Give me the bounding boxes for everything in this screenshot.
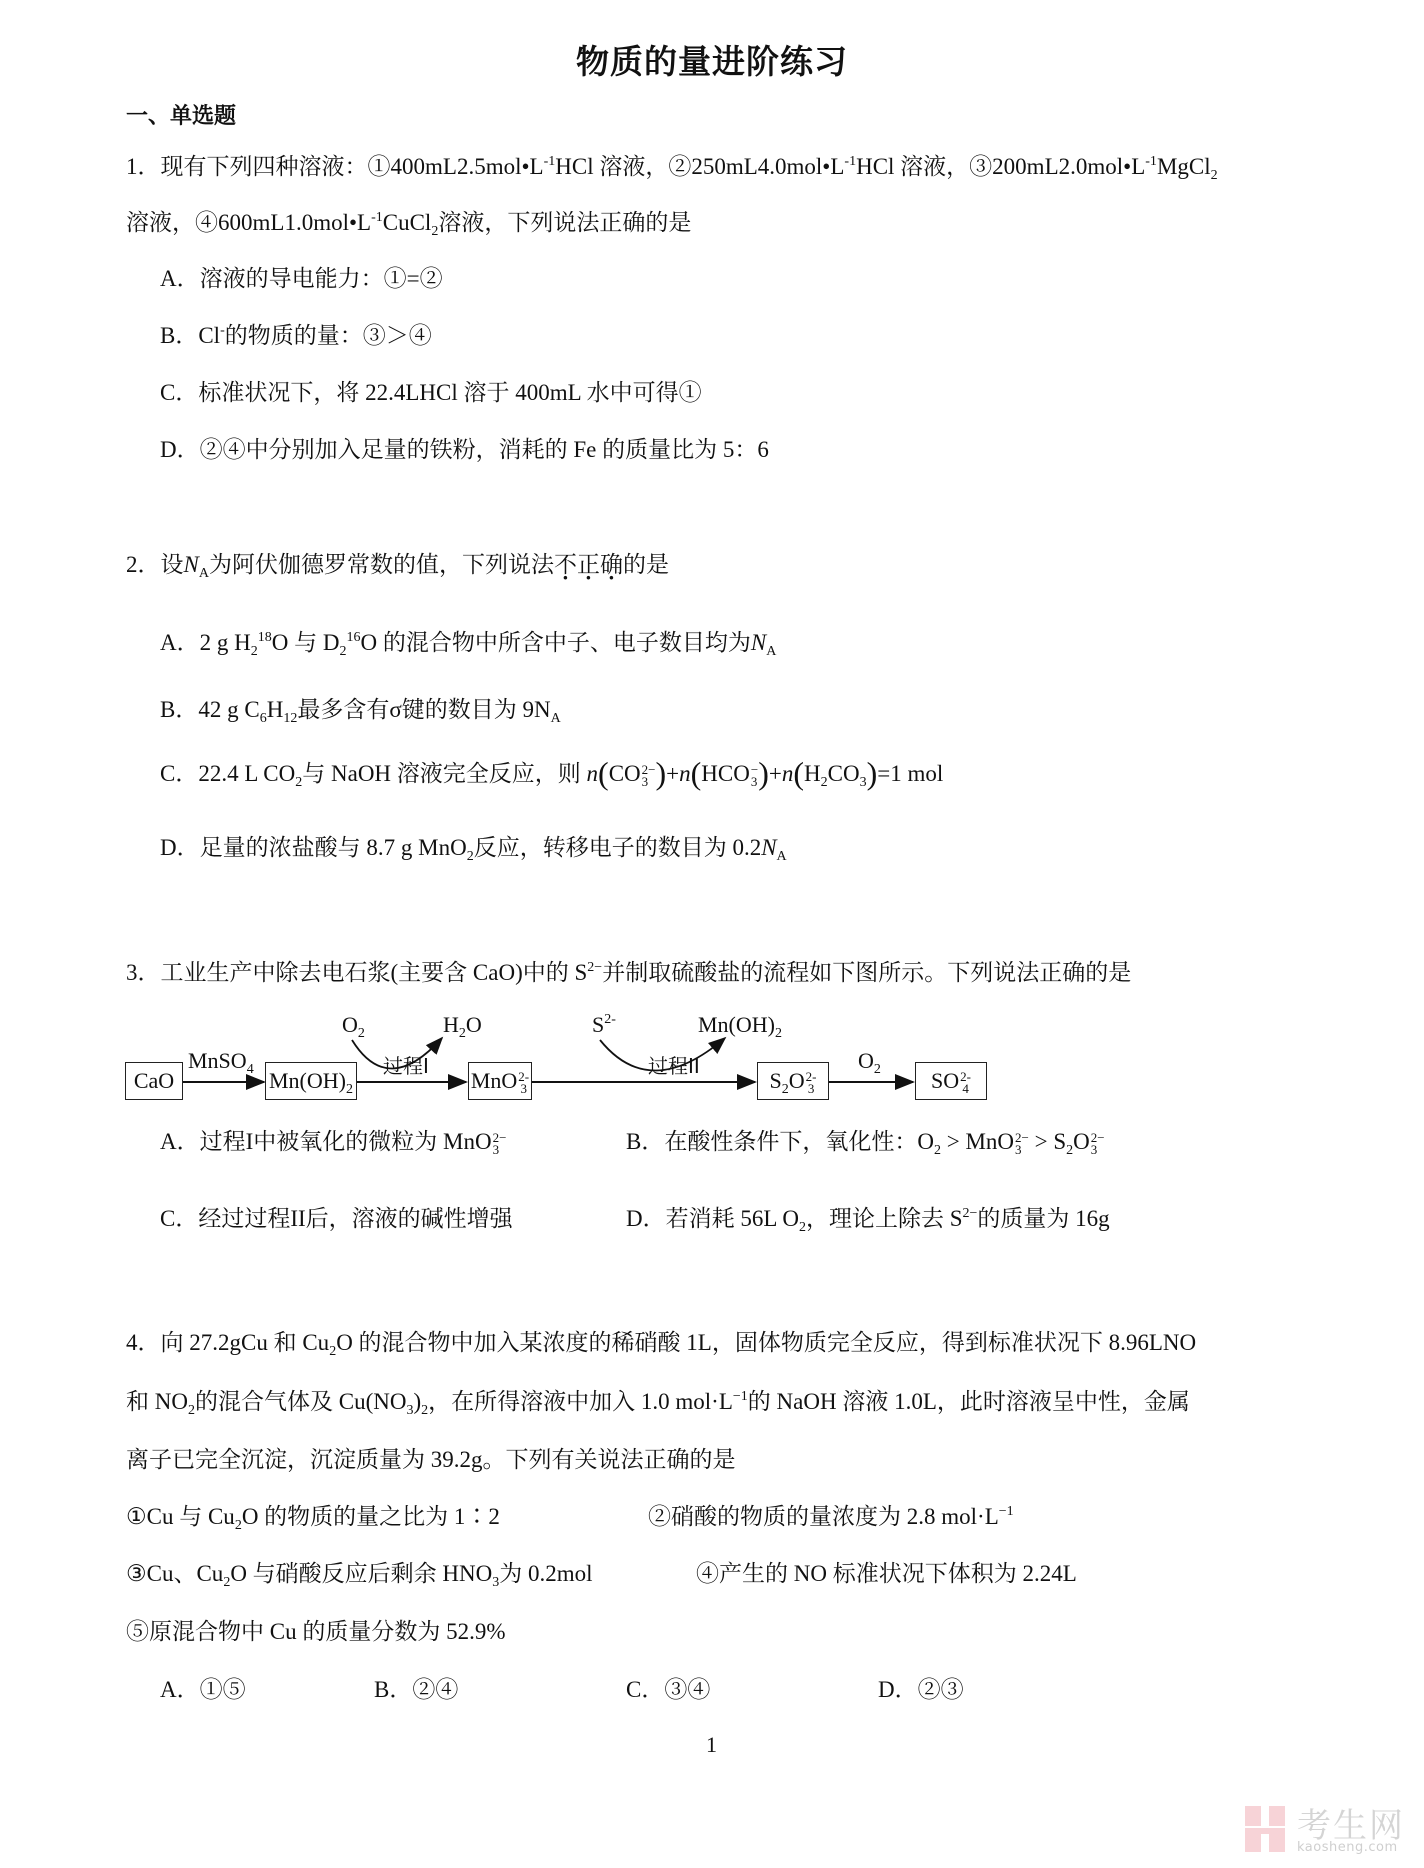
text: ，理论上除去 S [806, 1206, 963, 1231]
q3-option-d[interactable]: D．若消耗 56L O2，理论上除去 S2−的质量为 16g [626, 1204, 1110, 1234]
option-label: D． [160, 437, 200, 462]
sup: 2− [962, 1206, 977, 1221]
process-flow-diagram: CaO Mn(OH)2 MnO2-3 S2O2-3 SO2-4 MnSO4 O2… [120, 1010, 1020, 1110]
text: ，在所得溶液中加入 1.0 mol·L [428, 1389, 733, 1414]
text: O 的混合物中加入某浓度的稀硝酸 1L，固体物质完全反应，得到标准状况下 8.9… [336, 1330, 1196, 1355]
sub: 3 [493, 1144, 507, 1156]
text: 最多含有σ键的数目为 9N [297, 697, 550, 722]
option-label: D． [626, 1206, 666, 1231]
option-label: D． [160, 835, 200, 860]
text: 与 NaOH 溶液完全反应，则 [302, 761, 581, 786]
text: MnO [471, 1068, 517, 1093]
option-text: ②③ [918, 1677, 964, 1702]
question-number: 3． [126, 960, 161, 985]
sup: −1 [733, 1389, 748, 1404]
paren: ) [867, 755, 878, 791]
option-label: C． [160, 1206, 198, 1231]
sub: 2 [874, 1062, 881, 1077]
n-symbol: n [679, 761, 691, 786]
question-1-stem-line2: 溶液，④600mL1.0mol•L-1CuCl2溶液，下列说法正确的是 [126, 208, 691, 238]
text: > [941, 1129, 965, 1154]
option-text: Cl [198, 323, 220, 348]
page-title: 物质的量进阶练习 [0, 36, 1424, 83]
question-number: 4． [126, 1330, 161, 1355]
ion-scripts: 2−3 [642, 764, 656, 788]
text: 足量的浓盐酸与 8.7 g MnO [200, 835, 467, 860]
paren: ( [691, 755, 702, 791]
text: HCl 溶液，③200mL2.0mol•L [856, 154, 1145, 179]
text: ②硝酸的物质的量浓度为 2.8 mol·L [648, 1504, 999, 1529]
text: 现有下列四种溶液：①400mL2.5mol•L [161, 154, 544, 179]
text: H [804, 761, 821, 786]
box-cao: CaO [125, 1062, 183, 1100]
text: 并制取硫酸盐的流程如下图所示。下列说法正确的是 [602, 960, 1131, 985]
sup: 18 [258, 630, 272, 645]
q3-option-b[interactable]: B．在酸性条件下，氧化性：O2 > MnO2−3 > S2O2−3 [626, 1127, 1105, 1157]
text: O [789, 1068, 805, 1093]
sub: 2 [467, 849, 474, 864]
question-number: 1． [126, 154, 161, 179]
text: O [466, 1012, 482, 1037]
text: O 的混合物中所含中子、电子数目均为 [360, 630, 750, 655]
box-mnoh2: Mn(OH)2 [265, 1062, 357, 1100]
text: > [1029, 1129, 1053, 1154]
sub: 3 [806, 1083, 817, 1095]
ion-scripts: 2-3 [806, 1071, 817, 1095]
q4-option-b[interactable]: B．②④ [374, 1675, 458, 1705]
sup: -1 [844, 154, 856, 169]
ion-scripts: 2−3 [493, 1132, 507, 1156]
text: O 与 D [272, 630, 340, 655]
sup: -1 [1145, 154, 1157, 169]
option-text: 溶液的导电能力：①=② [200, 266, 443, 291]
option-text: ③④ [664, 1677, 710, 1702]
q1-option-d[interactable]: D．②④中分别加入足量的铁粉，消耗的 Fe 的质量比为 5：6 [160, 435, 769, 465]
label-o2-in: O2 [342, 1012, 365, 1038]
text: O 与硝酸反应后剩余 HNO [230, 1561, 492, 1586]
label-mnoh2-out: Mn(OH)2 [698, 1012, 782, 1038]
paren: ( [793, 755, 804, 791]
na-symbol: N [751, 630, 766, 655]
text: Mn(OH) [269, 1068, 346, 1093]
q4-option-d[interactable]: D．②③ [878, 1675, 964, 1705]
text: H [443, 1012, 459, 1037]
option-label: C． [626, 1677, 664, 1702]
text: H [267, 697, 284, 722]
text: O [1073, 1129, 1090, 1154]
option-label: B． [626, 1129, 664, 1154]
option-label: B． [160, 323, 198, 348]
sub: 12 [283, 711, 297, 726]
text: 在酸性条件下，氧化性： [664, 1129, 917, 1154]
sub: A [199, 566, 209, 581]
label-process-2: 过程II [648, 1050, 700, 1079]
text: 溶液，④600mL1.0mol•L [126, 210, 371, 235]
watermark-url: kaosheng.com [1297, 1840, 1398, 1855]
sup: −1 [999, 1504, 1014, 1519]
q2-option-c[interactable]: C．22.4 L CO2与 NaOH 溶液完全反应，则 n(CO2−3)+n(H… [160, 758, 943, 789]
text: + [769, 761, 782, 786]
text: 的 NaOH 溶液 1.0L，此时溶液呈中性，金属 [748, 1389, 1190, 1414]
text: 和 NO [126, 1389, 188, 1414]
q4-option-c[interactable]: C．③④ [626, 1675, 710, 1705]
q4-statement-3: ③Cu、Cu2O 与硝酸反应后剩余 HNO3为 0.2mol [126, 1559, 593, 1589]
sub: 2 [188, 1403, 195, 1418]
sub: 2 [235, 1518, 242, 1533]
label-h2o-out: H2O [443, 1012, 482, 1038]
sup: -1 [371, 210, 383, 225]
box-mno3: MnO2-3 [468, 1062, 532, 1100]
ion-scripts: 2-3 [518, 1071, 529, 1095]
sub: 3 [642, 776, 656, 788]
sup: 16 [346, 630, 360, 645]
text: MnSO [188, 1048, 247, 1073]
sub: 4 [247, 1062, 254, 1077]
q4-statement-5: ⑤原混合物中 Cu 的质量分数为 52.9% [126, 1617, 506, 1647]
sub: 6 [260, 711, 267, 726]
option-text: ②④ [412, 1677, 458, 1702]
q4-option-a[interactable]: A．①⑤ [160, 1675, 246, 1705]
na-symbol: N [184, 552, 199, 577]
q4-statement-4: ④产生的 NO 标准状况下体积为 2.24L [696, 1559, 1077, 1589]
text: 的是 [623, 552, 669, 577]
sub: 2 [775, 1026, 782, 1041]
sup: 2- [604, 1012, 616, 1027]
sub: 3 [860, 775, 867, 790]
text: O 的物质的量之比为 1∶2 [242, 1504, 500, 1529]
text: MnO [965, 1129, 1014, 1154]
page-number: 1 [706, 1730, 717, 1760]
box-s2o3: S2O2-3 [757, 1062, 829, 1100]
option-label: A． [160, 630, 200, 655]
option-label: B． [374, 1677, 412, 1702]
sub: 2 [358, 1026, 365, 1041]
option-text: ①⑤ [200, 1677, 246, 1702]
na-symbol: N [761, 835, 776, 860]
text: 经过过程II后，溶液的碱性增强 [198, 1206, 512, 1231]
sub: A [766, 644, 776, 659]
text: 溶液，下列说法正确的是 [438, 210, 691, 235]
n-symbol: n [782, 761, 794, 786]
question-1-stem: 1．现有下列四种溶液：①400mL2.5mol•L-1HCl 溶液，②250mL… [126, 152, 1218, 182]
question-3-stem: 3．工业生产中除去电石浆(主要含 CaO)中的 S2−并制取硫酸盐的流程如下图所… [126, 958, 1131, 988]
watermark: 考生网 kaosheng.com [1245, 1800, 1415, 1860]
q1-option-c[interactable]: C．标准状况下，将 22.4LHCl 溶于 400mL 水中可得① [160, 378, 702, 408]
text: SO [931, 1068, 959, 1093]
emphasis-char: 正 [577, 552, 600, 577]
ion-scripts: 2−3 [1015, 1132, 1029, 1156]
text: 向 27.2gCu 和 Cu [161, 1330, 330, 1355]
paren: ) [758, 755, 769, 791]
kaosheng-logo-icon [1245, 1806, 1287, 1852]
text: MgCl [1157, 154, 1211, 179]
question-4-stem-line3: 离子已完全沉淀，沉淀质量为 39.2g。下列有关说法正确的是 [126, 1445, 736, 1475]
text: 2 g H [200, 630, 251, 655]
text: 的混合气体及 Cu(NO [195, 1389, 406, 1414]
box-so4: SO2-4 [915, 1062, 987, 1100]
paren: ) [656, 755, 667, 791]
text: 过程I中被氧化的微粒为 MnO [200, 1129, 492, 1154]
text: CO [609, 761, 641, 786]
text: =1 mol [877, 761, 943, 786]
option-text: 标准状况下，将 22.4LHCl 溶于 400mL 水中可得① [198, 380, 701, 405]
sub: 3 [1091, 1144, 1105, 1156]
sub: 2 [1211, 168, 1218, 183]
emphasis-char: 确 [600, 552, 623, 577]
text: O [858, 1048, 874, 1073]
flow-arrows [120, 1010, 1020, 1110]
sub: 2 [799, 1220, 806, 1235]
label-s2-in: S2- [592, 1012, 616, 1038]
option-label: C． [160, 380, 198, 405]
option-label: D． [878, 1677, 918, 1702]
emphasis-char: 不 [554, 552, 577, 577]
option-label: A． [160, 1677, 200, 1702]
text: CaO [134, 1068, 174, 1093]
sub: 4 [960, 1083, 971, 1095]
q3-option-c[interactable]: C．经过过程II后，溶液的碱性增强 [160, 1204, 513, 1234]
sup: -1 [544, 154, 556, 169]
option-label: B． [160, 697, 198, 722]
text: ③Cu、Cu [126, 1561, 223, 1586]
text: O [917, 1129, 934, 1154]
sub: 2 [459, 1026, 466, 1041]
label-process-1: 过程I [383, 1050, 429, 1079]
text: 为阿伏伽德罗常数的值，下列说法 [209, 552, 554, 577]
text: 的质量为 16g [977, 1206, 1109, 1231]
q4-statement-1: ①Cu 与 Cu2O 的物质的量之比为 1∶2 [126, 1502, 500, 1532]
text: O [342, 1012, 358, 1037]
sub: 2 [934, 1143, 941, 1158]
text: + [666, 761, 679, 786]
ion-scripts: 2-4 [960, 1071, 971, 1095]
sub: 2 [782, 1082, 789, 1097]
sub: 2 [346, 1082, 353, 1097]
sub: A [777, 849, 787, 864]
question-2-stem: 2．设NA为阿伏伽德罗常数的值，下列说法不正确的是 [126, 550, 669, 580]
option-label: A． [160, 1129, 200, 1154]
text: 反应，转移电子的数目为 0.2 [474, 835, 762, 860]
sup: 2− [587, 960, 602, 975]
q2-option-b[interactable]: B．42 g C6H12最多含有σ键的数目为 9NA [160, 695, 561, 725]
paren: ( [598, 755, 609, 791]
sub: 3 [518, 1083, 529, 1095]
sub: 2 [821, 775, 828, 790]
text: S [770, 1068, 782, 1093]
q4-statement-2: ②硝酸的物质的量浓度为 2.8 mol·L−1 [648, 1502, 1014, 1532]
option-label: C． [160, 761, 198, 786]
text: HCl 溶液，②250mL4.0mol•L [555, 154, 844, 179]
question-4-stem-line2: 和 NO2的混合气体及 Cu(NO3)2，在所得溶液中加入 1.0 mol·L−… [126, 1387, 1190, 1417]
text: 工业生产中除去电石浆(主要含 CaO)中的 S [161, 960, 588, 985]
question-number: 2． [126, 552, 161, 577]
text: CO [828, 761, 860, 786]
label-mnso4: MnSO4 [188, 1048, 254, 1074]
text: ①Cu 与 Cu [126, 1504, 235, 1529]
label-o2: O2 [858, 1048, 881, 1074]
ion-scripts: 2−3 [1091, 1132, 1105, 1156]
question-4-stem: 4．向 27.2gCu 和 Cu2O 的混合物中加入某浓度的稀硝酸 1L，固体物… [126, 1328, 1196, 1358]
q3-option-a[interactable]: A．过程I中被氧化的微粒为 MnO2−3 [160, 1127, 506, 1157]
sub: 2 [251, 644, 258, 659]
sub: 2 [339, 644, 346, 659]
q2-option-a[interactable]: A．2 g H218O 与 D216O 的混合物中所含中子、电子数目均为NA [160, 628, 776, 658]
n-symbol: n [587, 761, 599, 786]
q2-option-d[interactable]: D．足量的浓盐酸与 8.7 g MnO2反应，转移电子的数目为 0.2NA [160, 833, 787, 863]
option-text: 的物质的量：③＞④ [225, 323, 432, 348]
sub: A [551, 711, 561, 726]
section-heading: 一、单选题 [126, 102, 236, 132]
text: S [1053, 1129, 1066, 1154]
text: CuCl [383, 210, 432, 235]
option-text: ②④中分别加入足量的铁粉，消耗的 Fe 的质量比为 5：6 [200, 437, 769, 462]
text: HCO [701, 761, 750, 786]
text: S [592, 1012, 604, 1037]
text: 22.4 L CO [198, 761, 295, 786]
sub: 3 [1015, 1144, 1029, 1156]
text: ) [413, 1389, 421, 1414]
text: 若消耗 56L O [666, 1206, 799, 1231]
q1-option-a[interactable]: A．溶液的导电能力：①=② [160, 264, 443, 294]
option-label: A． [160, 266, 200, 291]
text: Mn(OH) [698, 1012, 775, 1037]
text: 42 g C [198, 697, 259, 722]
text: 为 0.2mol [499, 1561, 592, 1586]
text: 设 [161, 552, 184, 577]
q1-option-b[interactable]: B．Cl-的物质的量：③＞④ [160, 321, 432, 351]
